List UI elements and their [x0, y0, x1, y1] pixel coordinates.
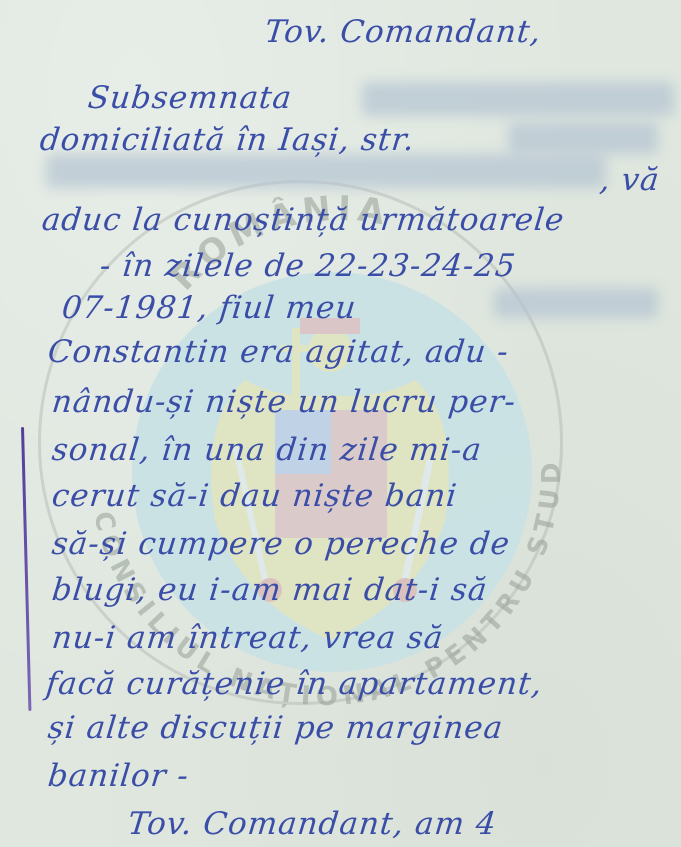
salutation: Tov. Comandant, [263, 14, 543, 50]
letter-line: , vă [598, 162, 661, 198]
redacted-son-name [494, 288, 658, 318]
letter-line: nându-și niște un lucru per- [50, 384, 518, 420]
letter-line: și alte discuții pe marginea [46, 710, 505, 746]
letter-line: domiciliată în Iași, str. [38, 122, 417, 158]
redacted-street [508, 122, 658, 154]
letter-line: banilor - [46, 758, 191, 794]
redacted-name [362, 82, 674, 116]
letter-line: facă curățenie în apartament, [44, 666, 544, 702]
letter-line: sonal, în una din zile mi-a [50, 432, 484, 468]
letter-line: Constantin era agitat, adu - [46, 334, 511, 370]
letter-line: 07-1981, fiul meu [60, 290, 358, 326]
letter-line: nu-i am întreat, vrea să [50, 620, 445, 656]
letter-line: să-și cumpere o pereche de [50, 526, 512, 562]
letter-line: blugi, eu i-am mai dat-i să [50, 572, 489, 608]
letter-line: cerut să-i dau niște bani [50, 478, 459, 514]
letter-line: Tov. Comandant, am 4 [126, 806, 498, 842]
letter-line: aduc la cunoștință următoarele [40, 202, 566, 238]
redacted-address [46, 154, 606, 188]
letter-line: Subsemnata [86, 80, 294, 116]
letter-line: - în zilele de 22-23-24-25 [98, 248, 518, 284]
